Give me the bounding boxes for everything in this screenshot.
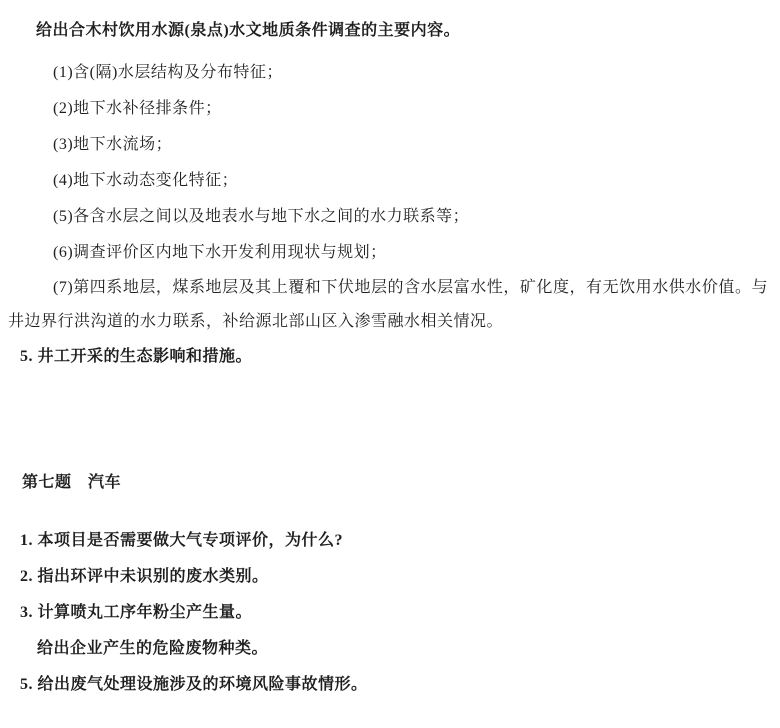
q7-question-4: 给出企业产生的危险废物种类。 [8,631,768,667]
survey-list-item-3: (3)地下水流场； [8,127,768,163]
survey-list-item-4: (4)地下水动态变化特征； [8,163,768,199]
survey-list-item-7: (7)第四系地层，煤系地层及其上覆和下伏地层的含水层富水性，矿化度，有无饮用水供… [8,271,768,339]
q7-question-2: 2. 指出环评中未识别的废水类别。 [8,559,768,595]
mining-question-5: 5. 井工开采的生态影响和措施。 [8,339,768,375]
q7-question-1: 1. 本项目是否需要做大气专项评价，为什么? [8,523,768,559]
section-seven-heading: 第七题 汽车 [8,465,768,501]
survey-list-item-1: (1)含(隔)水层结构及分布特征； [8,55,768,91]
survey-list-item-6: (6)调查评价区内地下水开发利用现状与规划； [8,235,768,271]
survey-list-item-2: (2)地下水补径排条件； [8,91,768,127]
document-body: 给出合木村饮用水源(泉点)水文地质条件调查的主要内容。 (1)含(隔)水层结构及… [8,13,768,703]
q7-question-3: 3. 计算喷丸工序年粉尘产生量。 [8,595,768,631]
q7-question-5: 5. 给出废气处理设施涉及的环境风险事故情形。 [8,667,768,703]
survey-list-item-5: (5)各含水层之间以及地表水与地下水之间的水力联系等； [8,199,768,235]
document-page: 给出合木村饮用水源(泉点)水文地质条件调查的主要内容。 (1)含(隔)水层结构及… [0,0,780,728]
survey-intro-heading: 给出合木村饮用水源(泉点)水文地质条件调查的主要内容。 [8,13,768,49]
